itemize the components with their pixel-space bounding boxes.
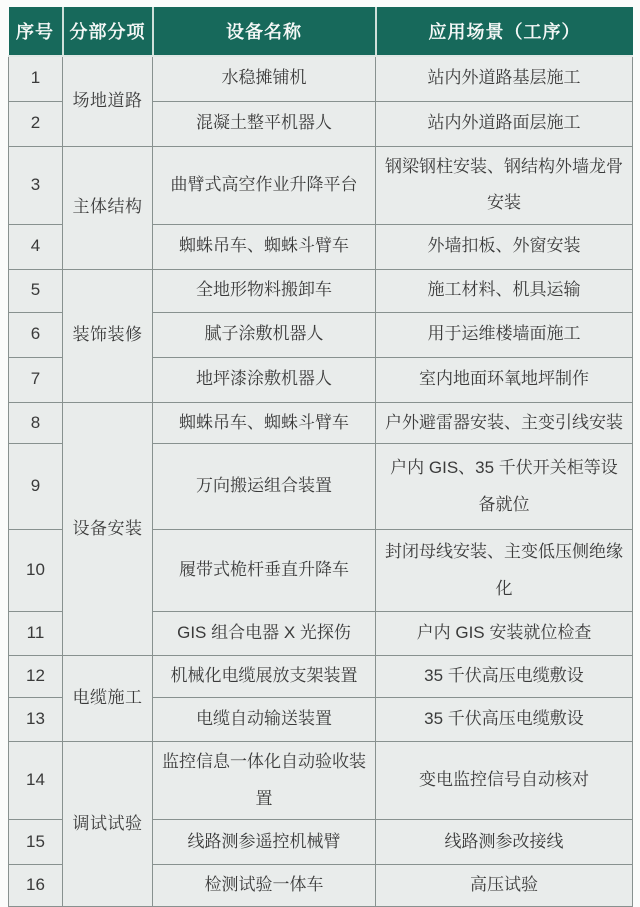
cell-no: 1 <box>9 56 63 101</box>
cell-scene: 站内外道路基层施工 <box>376 56 633 101</box>
cell-group-label: 调试试验 <box>63 742 153 907</box>
header-col-scene: 应用场景（工序） <box>376 7 633 56</box>
cell-scene: 用于运维楼墙面施工 <box>376 312 633 357</box>
table-row: 5 装饰装修 全地形物料搬卸车 施工材料、机具运输 <box>9 269 633 312</box>
cell-device: 电缆自动输送装置 <box>153 698 376 742</box>
cell-no: 4 <box>9 224 63 269</box>
cell-device: 混凝土整平机器人 <box>153 101 376 146</box>
equipment-table: 序号 分部分项 设备名称 应用场景（工序） 1 场地道路 水稳摊铺机 站内外道路… <box>8 7 633 907</box>
table-row: 3 主体结构 曲臂式高空作业升降平台 钢梁钢柱安装、钢结构外墙龙骨安装 <box>9 146 633 224</box>
cell-device: 蜘蛛吊车、蜘蛛斗臂车 <box>153 224 376 269</box>
table-row: 14 调试试验 监控信息一体化自动验收装置 变电监控信号自动核对 <box>9 742 633 820</box>
table-row: 8 设备安装 蜘蛛吊车、蜘蛛斗臂车 户外避雷器安装、主变引线安装 <box>9 402 633 444</box>
cell-no: 9 <box>9 444 63 530</box>
cell-group-label: 电缆施工 <box>63 656 153 742</box>
cell-no: 11 <box>9 612 63 656</box>
cell-no: 6 <box>9 312 63 357</box>
cell-device: 蜘蛛吊车、蜘蛛斗臂车 <box>153 402 376 444</box>
cell-device: 曲臂式高空作业升降平台 <box>153 146 376 224</box>
table-row: 12 电缆施工 机械化电缆展放支架装置 35 千伏高压电缆敷设 <box>9 656 633 698</box>
header-col-no: 序号 <box>9 7 63 56</box>
cell-device: 履带式桅杆垂直升降车 <box>153 530 376 612</box>
cell-no: 16 <box>9 865 63 907</box>
table-row: 1 场地道路 水稳摊铺机 站内外道路基层施工 <box>9 56 633 101</box>
cell-no: 14 <box>9 742 63 820</box>
table-body: 1 场地道路 水稳摊铺机 站内外道路基层施工 2 混凝土整平机器人 站内外道路面… <box>9 56 633 906</box>
cell-no: 15 <box>9 820 63 865</box>
cell-scene: 户内 GIS、35 千伏开关柜等设备就位 <box>376 444 633 530</box>
cell-scene: 户外避雷器安装、主变引线安装 <box>376 402 633 444</box>
cell-scene: 线路测参改接线 <box>376 820 633 865</box>
cell-no: 12 <box>9 656 63 698</box>
cell-scene: 35 千伏高压电缆敷设 <box>376 656 633 698</box>
cell-scene: 外墙扣板、外窗安装 <box>376 224 633 269</box>
cell-no: 5 <box>9 269 63 312</box>
cell-scene: 钢梁钢柱安装、钢结构外墙龙骨安装 <box>376 146 633 224</box>
cell-scene: 站内外道路面层施工 <box>376 101 633 146</box>
table-page: 序号 分部分项 设备名称 应用场景（工序） 1 场地道路 水稳摊铺机 站内外道路… <box>0 0 640 899</box>
cell-group-label: 主体结构 <box>63 146 153 269</box>
table-header: 序号 分部分项 设备名称 应用场景（工序） <box>9 7 633 56</box>
cell-scene: 变电监控信号自动核对 <box>376 742 633 820</box>
cell-group-label: 场地道路 <box>63 56 153 146</box>
header-col-device: 设备名称 <box>153 7 376 56</box>
cell-device: GIS 组合电器 X 光探伤 <box>153 612 376 656</box>
cell-scene: 高压试验 <box>376 865 633 907</box>
cell-scene: 封闭母线安装、主变低压侧绝缘化 <box>376 530 633 612</box>
cell-no: 13 <box>9 698 63 742</box>
cell-device: 检测试验一体车 <box>153 865 376 907</box>
cell-no: 7 <box>9 357 63 402</box>
cell-device: 监控信息一体化自动验收装置 <box>153 742 376 820</box>
cell-device: 机械化电缆展放支架装置 <box>153 656 376 698</box>
cell-group-label: 装饰装修 <box>63 269 153 402</box>
cell-scene: 室内地面环氧地坪制作 <box>376 357 633 402</box>
cell-scene: 35 千伏高压电缆敷设 <box>376 698 633 742</box>
header-col-group: 分部分项 <box>63 7 153 56</box>
cell-scene: 户内 GIS 安装就位检查 <box>376 612 633 656</box>
cell-no: 2 <box>9 101 63 146</box>
cell-device: 全地形物料搬卸车 <box>153 269 376 312</box>
header-row: 序号 分部分项 设备名称 应用场景（工序） <box>9 7 633 56</box>
cell-group-label: 设备安装 <box>63 402 153 656</box>
cell-device: 水稳摊铺机 <box>153 56 376 101</box>
cell-device: 地坪漆涂敷机器人 <box>153 357 376 402</box>
cell-device: 腻子涂敷机器人 <box>153 312 376 357</box>
cell-no: 3 <box>9 146 63 224</box>
cell-no: 10 <box>9 530 63 612</box>
cell-scene: 施工材料、机具运输 <box>376 269 633 312</box>
cell-no: 8 <box>9 402 63 444</box>
cell-device: 线路测参遥控机械臂 <box>153 820 376 865</box>
cell-device: 万向搬运组合装置 <box>153 444 376 530</box>
